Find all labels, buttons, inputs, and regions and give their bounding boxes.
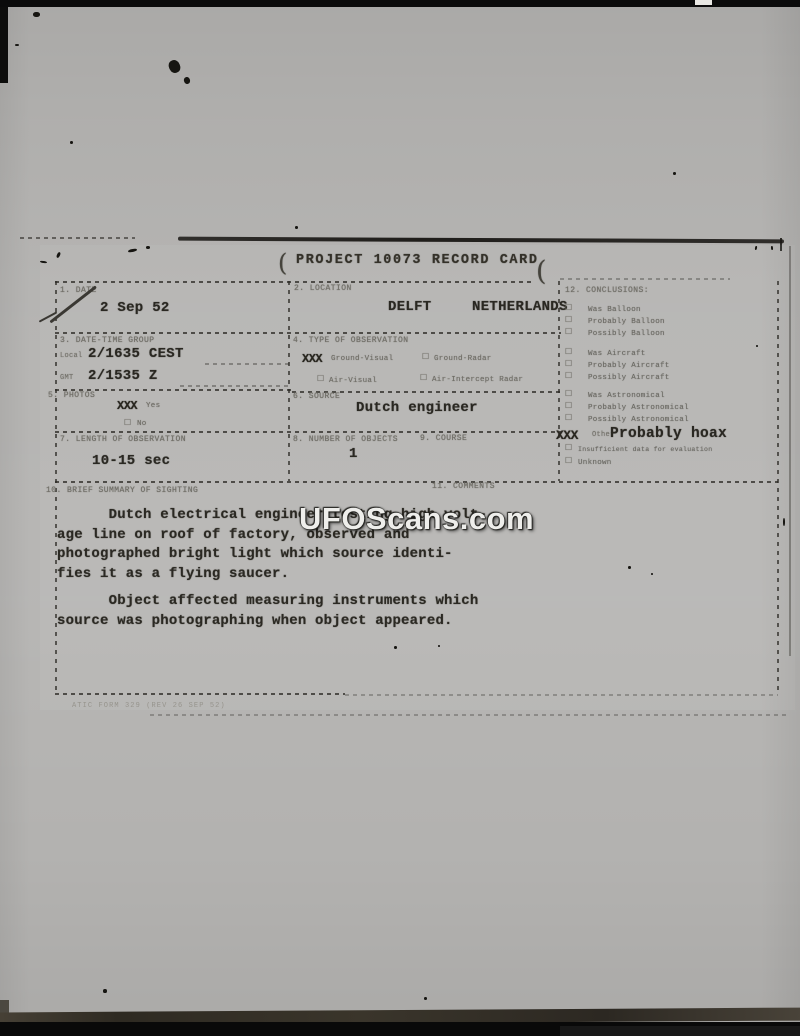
- observation-label: 4. TYPE OF OBSERVATION: [293, 336, 409, 345]
- dtg-gmt-label: GMT: [60, 374, 74, 382]
- dtg-local-value: 2/1635 CEST: [88, 346, 184, 362]
- conclusion-possibly-astronomical-checkbox-icon: ☐: [565, 413, 572, 422]
- card-rule-bottom-faint: [345, 694, 778, 696]
- conclusion-was-balloon-label: Was Balloon: [588, 306, 641, 314]
- conclusion-probably-aircraft-label: Probably Aircraft: [588, 362, 670, 370]
- conclusion-unknown-checkbox-icon: ☐: [565, 456, 572, 465]
- ink-speck: [438, 645, 440, 647]
- conclusion-probably-balloon-checkbox-icon: ☐: [565, 315, 572, 324]
- location-city: DELFT: [388, 299, 432, 315]
- observation-ground-radar-checkbox-icon: ☐: [422, 352, 429, 361]
- observation-ground-visual-label: Ground-Visual: [331, 355, 393, 363]
- conclusion-possibly-astronomical-label: Possibly Astronomical: [588, 416, 689, 424]
- card-divider-col1: [288, 281, 290, 481]
- conclusion-insufficient-label: Insufficient data for evaluation: [578, 446, 712, 453]
- length-value: 10-15 sec: [92, 453, 170, 469]
- ink-speck: [103, 989, 107, 993]
- card-rule-top-conclusions: [560, 278, 730, 280]
- ink-speck: [651, 573, 653, 575]
- observation-air-intercept-label: Air-Intercept Radar: [432, 376, 523, 384]
- conclusions-label: 12. CONCLUSIONS:: [565, 286, 649, 295]
- ink-speck: [424, 997, 427, 1000]
- conclusion-was-balloon-checkbox-icon: ☐: [565, 303, 572, 312]
- conclusion-other-mark: XXX: [556, 428, 578, 443]
- conclusion-was-astronomical-label: Was Astronomical: [588, 392, 665, 400]
- dtg-local-leader: [205, 363, 292, 365]
- photos-yes-mark: XXX: [117, 399, 137, 413]
- scan-top-bar: [0, 0, 800, 7]
- conclusion-probably-balloon-label: Probably Balloon: [588, 318, 665, 326]
- source-value: Dutch engineer: [356, 400, 478, 416]
- scan-crease-main: [178, 237, 784, 244]
- ink-speck: [167, 58, 182, 74]
- card-rule-row3: [55, 431, 561, 433]
- conclusion-was-astronomical-checkbox-icon: ☐: [565, 389, 572, 398]
- dtg-gmt-value: 2/1535 Z: [88, 368, 158, 384]
- header-paren-right: (: [536, 256, 547, 287]
- dtg-local-label: Local: [60, 352, 83, 360]
- number-label: 8. NUMBER OF OBJECTS: [293, 435, 398, 444]
- ink-speck: [33, 12, 40, 17]
- conclusion-possibly-balloon-checkbox-icon: ☐: [565, 327, 572, 336]
- conclusion-possibly-aircraft-checkbox-icon: ☐: [565, 371, 572, 380]
- dtg-label: 3. DATE-TIME GROUP: [60, 336, 155, 345]
- card-rule-row1: [55, 332, 561, 334]
- ink-speck: [70, 141, 73, 144]
- header-paren-left: (: [278, 249, 287, 277]
- card-border-right: [777, 281, 779, 694]
- conclusion-was-aircraft-checkbox-icon: ☐: [565, 347, 572, 356]
- ink-speck: [394, 646, 397, 649]
- form-number: ATIC FORM 329 (REV 26 SEP 52): [72, 702, 226, 710]
- date-value: 2 Sep 52: [100, 300, 170, 316]
- conclusion-was-aircraft-label: Was Aircraft: [588, 350, 646, 358]
- scan-left-strip: [0, 7, 8, 83]
- location-label: 2. LOCATION: [294, 284, 352, 293]
- card-rule-summary-top: [55, 481, 778, 483]
- photos-yes-label: Yes: [146, 402, 160, 410]
- conclusion-possibly-balloon-label: Possibly Balloon: [588, 330, 665, 338]
- observation-ground-visual-mark: XXX: [302, 352, 322, 366]
- ink-speck: [295, 226, 298, 229]
- scanned-record-card-page: ( PROJECT 10073 RECORD CARD ( 1. DATE 2 …: [0, 0, 800, 1036]
- conclusion-possibly-aircraft-label: Possibly Aircraft: [588, 374, 670, 382]
- location-country: NETHERLANDS: [472, 299, 568, 315]
- scan-edge-notch: [695, 0, 712, 5]
- conclusion-probably-astronomical-checkbox-icon: ☐: [565, 401, 572, 410]
- ink-speck: [15, 44, 19, 46]
- ink-speck: [756, 345, 758, 347]
- ink-speck: [771, 246, 773, 250]
- ink-speck: [783, 518, 785, 526]
- source-label: 6. SOURCE: [293, 392, 340, 401]
- card-rule-top: [55, 281, 535, 283]
- ink-speck: [673, 172, 676, 175]
- card-rule-bottom: [55, 693, 345, 695]
- number-value: 1: [349, 446, 358, 462]
- length-label: 7. LENGTH OF OBSERVATION: [60, 435, 186, 444]
- observation-ground-radar-label: Ground-Radar: [434, 355, 492, 363]
- comments-label: 11. COMMENTS: [432, 482, 495, 491]
- dtg-gmt-leader: [180, 385, 292, 387]
- ink-speck: [183, 76, 191, 84]
- card-rule-footer: [150, 714, 788, 716]
- conclusion-insufficient-checkbox-icon: ☐: [565, 443, 572, 452]
- conclusion-probably-astronomical-label: Probably Astronomical: [588, 404, 689, 412]
- observation-air-visual-checkbox-icon: ☐: [317, 374, 324, 383]
- scan-bottom-right-corner: [560, 1026, 800, 1036]
- summary-label: 10. BRIEF SUMMARY OF SIGHTING: [46, 486, 198, 495]
- photos-no-label: No: [137, 420, 147, 428]
- observation-air-visual-label: Air-Visual: [329, 377, 377, 385]
- summary-paragraph-2: Object affected measuring instruments wh…: [57, 592, 478, 631]
- conclusion-unknown-label: Unknown: [578, 459, 612, 467]
- conclusion-probably-aircraft-checkbox-icon: ☐: [565, 359, 572, 368]
- ink-speck: [146, 246, 150, 249]
- photos-label: 5. PHOTOS: [48, 391, 95, 400]
- ink-speck: [628, 566, 631, 569]
- card-title: PROJECT 10073 RECORD CARD: [296, 253, 539, 268]
- watermark: UFOScans.com: [299, 501, 534, 537]
- observation-air-intercept-checkbox-icon: ☐: [420, 373, 427, 382]
- scan-crease-left: [20, 237, 135, 239]
- photos-no-checkbox-icon: ☐: [124, 418, 131, 427]
- conclusion-other-value: Probably hoax: [610, 426, 727, 442]
- course-label: 9. COURSE: [420, 434, 467, 443]
